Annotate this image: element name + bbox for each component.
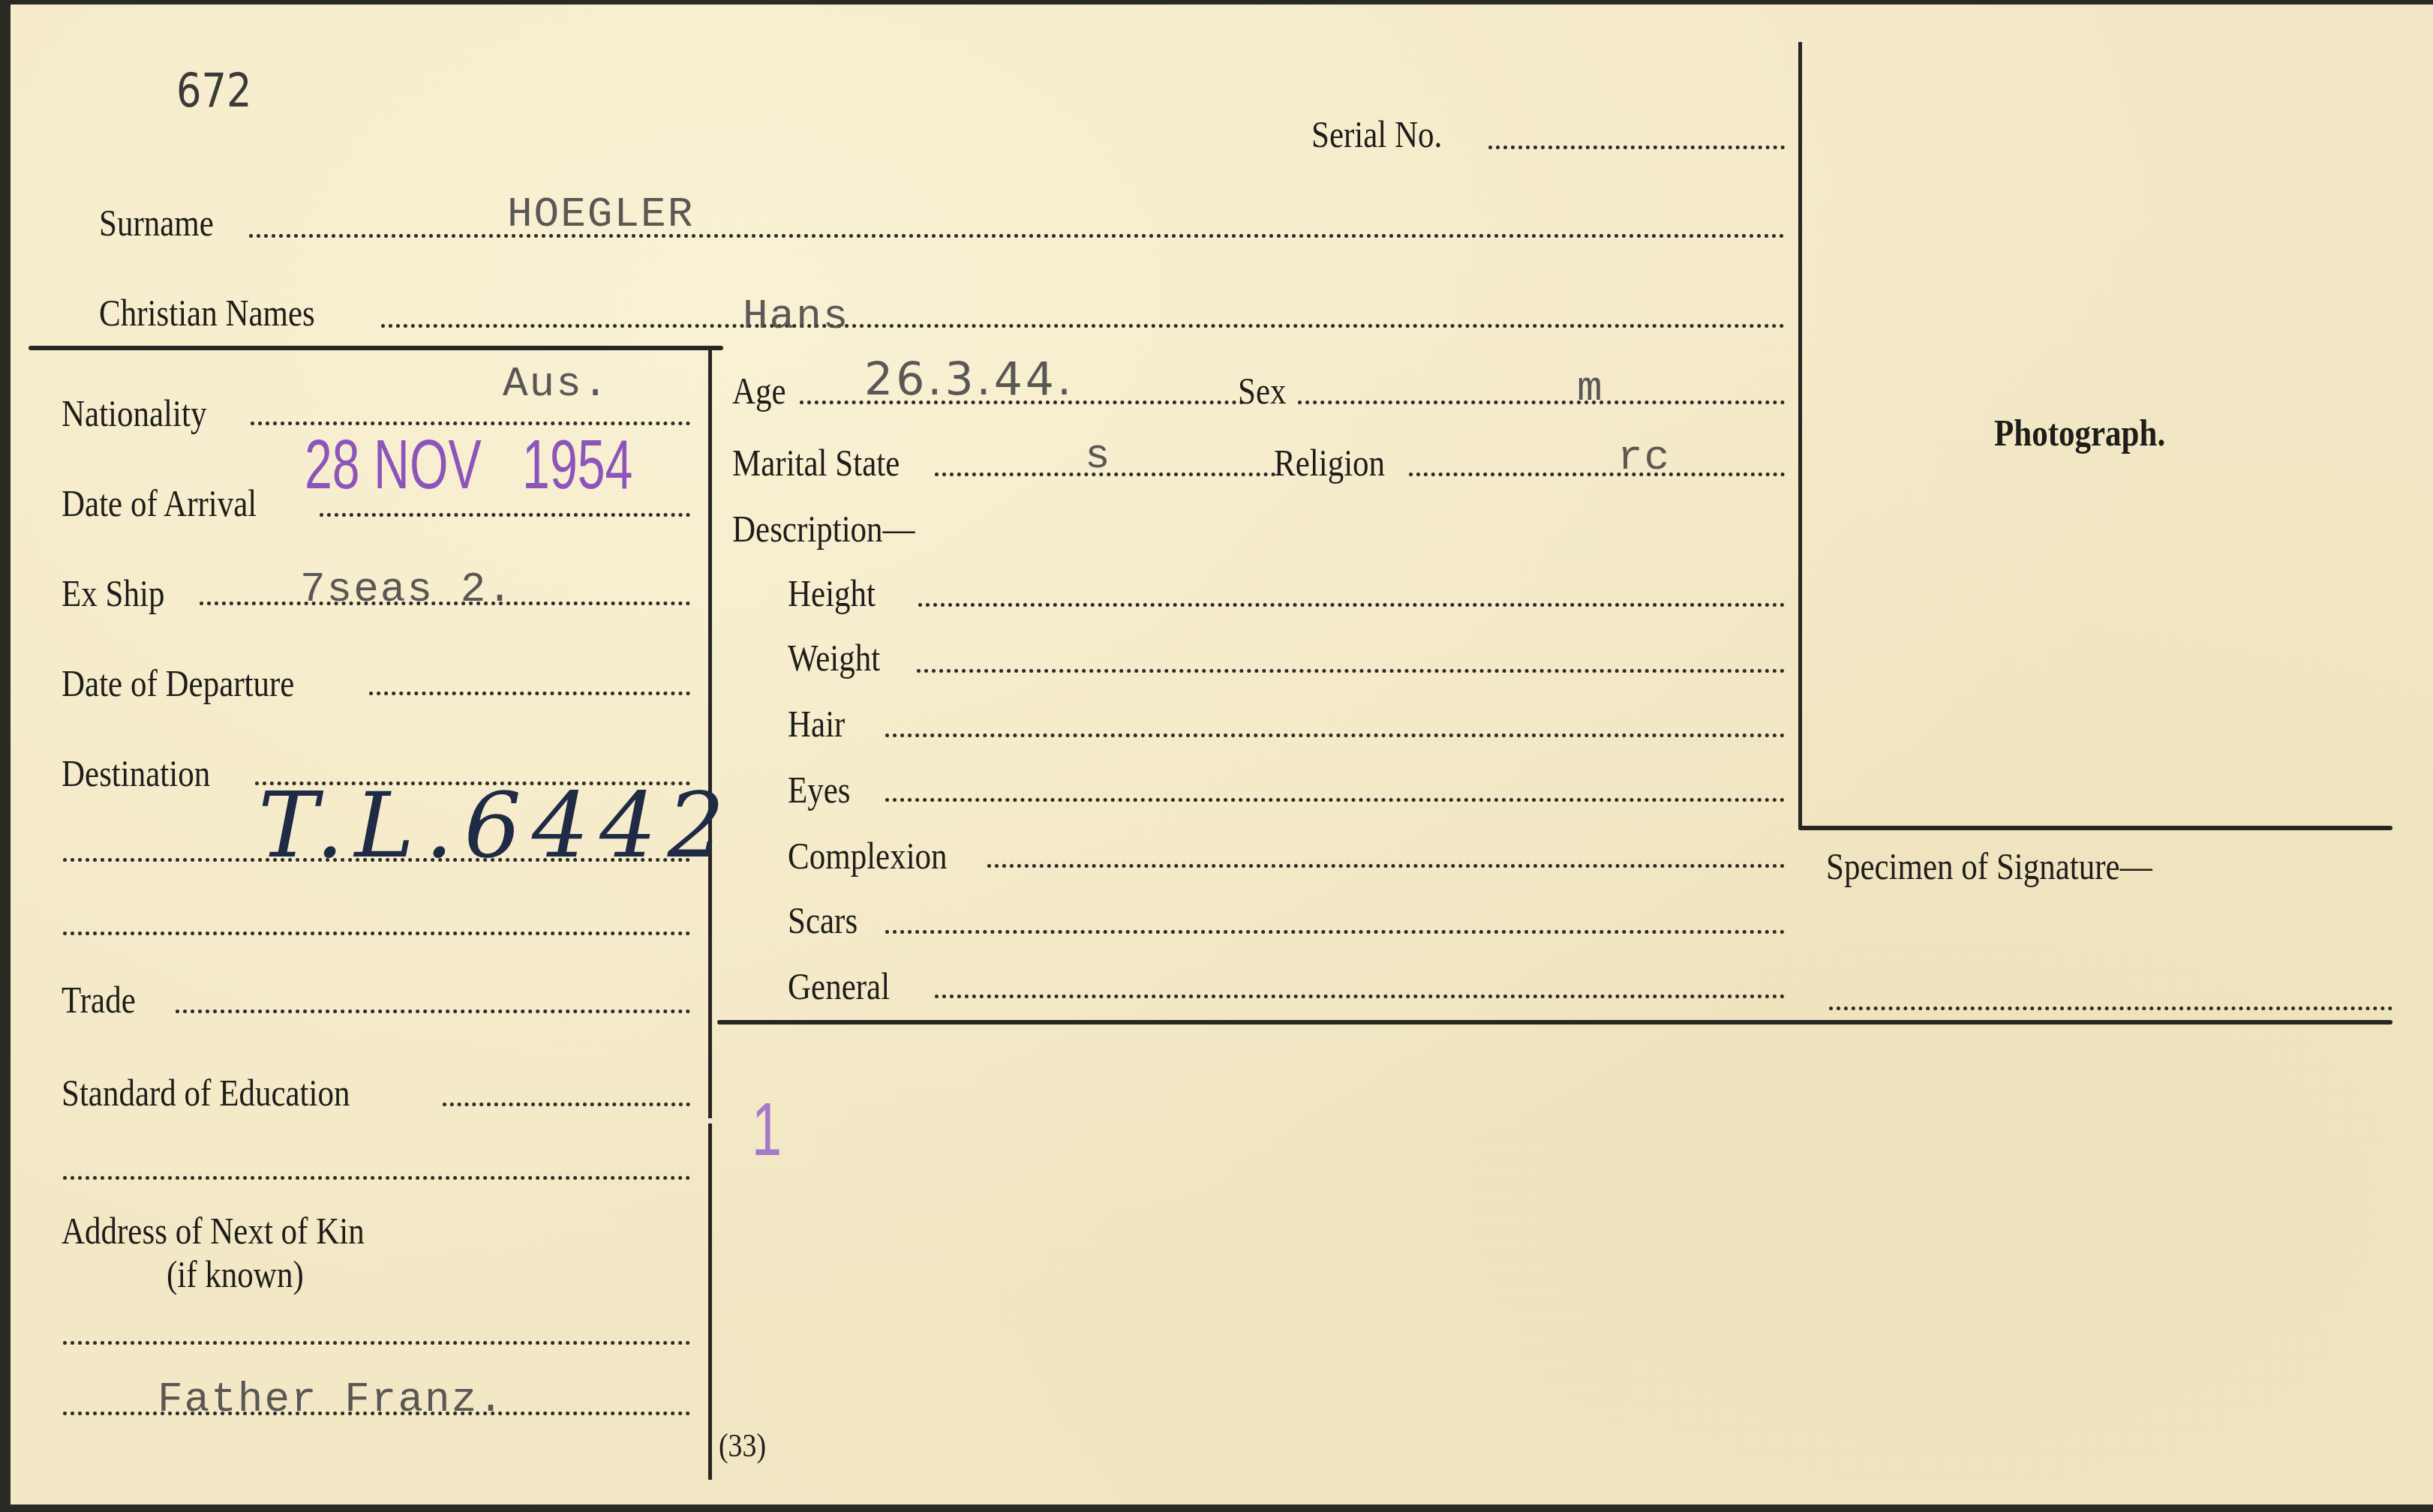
arrival-date-stamp: 28 NOV 1954 [305,430,632,499]
standard-of-education-field-line-2[interactable] [63,1176,690,1180]
serial-no-field[interactable] [1488,145,1785,149]
next-of-kin-sublabel: (if known) [167,1255,304,1293]
surname-value: HOEGLER [507,193,694,235]
general-label: General [788,967,890,1005]
scars-field[interactable] [885,930,1785,934]
surname-field[interactable] [249,234,1785,238]
christian-names-value: Hans [743,295,849,337]
age-value: 26.3.44. [864,357,1074,402]
nationality-field[interactable] [251,421,690,425]
description-label: Description— [732,510,915,547]
ex-ship-label: Ex Ship [62,574,164,612]
christian-names-field[interactable] [381,324,1785,328]
trade-field[interactable] [176,1009,690,1013]
date-of-departure-label: Date of Departure [62,664,294,702]
next-of-kin-label: Address of Next of Kin [62,1212,365,1249]
sex-field[interactable] [1298,400,1785,404]
marital-state-value: s [1085,435,1112,477]
left-panel-top-rule [29,346,723,350]
complexion-field[interactable] [987,864,1785,868]
date-of-arrival-label: Date of Arrival [62,484,257,522]
scars-label: Scars [788,901,858,939]
ex-ship-value: 7seas 2. [300,568,514,610]
left-panel-divider-lower [708,1123,712,1480]
religion-field[interactable] [1409,472,1785,476]
marital-state-label: Marital State [732,444,900,481]
date-of-arrival-field[interactable] [320,513,690,517]
standard-of-education-field[interactable] [443,1102,690,1106]
photo-box-bottom-rule [1798,826,2392,830]
nationality-value: Aus. [503,363,609,405]
card-number: 672 [176,67,252,114]
destination-label: Destination [62,754,210,792]
next-of-kin-field-line-1[interactable] [63,1341,690,1345]
stamp-day: 28 [305,427,360,503]
sex-value: m [1577,367,1604,409]
next-of-kin-value: Father Franz. [158,1378,505,1420]
hair-label: Hair [788,705,845,742]
sex-label: Sex [1238,372,1287,409]
destination-field-line-2[interactable] [63,858,690,862]
registration-card: 672 Serial No. Surname HOEGLER Christian… [11,4,2433,1504]
height-label: Height [788,574,876,612]
nationality-label: Nationality [62,394,206,432]
hair-field[interactable] [885,733,1785,737]
destination-field-line-3[interactable] [63,931,690,935]
signature-field[interactable] [1829,1006,2392,1010]
surname-label: Surname [99,204,214,241]
date-of-departure-field[interactable] [369,691,690,695]
description-bottom-rule [717,1020,2392,1024]
stamp-month: NOV [374,427,482,503]
complexion-label: Complexion [788,837,948,874]
weight-field[interactable] [917,669,1785,673]
standard-of-education-label: Standard of Education [62,1074,350,1111]
signature-label: Specimen of Signature— [1826,847,2152,885]
height-field[interactable] [918,603,1785,607]
religion-value: rc [1617,436,1671,478]
religion-label: Religion [1274,444,1385,481]
eyes-field[interactable] [885,798,1785,802]
print-code: (33) [719,1429,766,1462]
photo-box-divider [1798,42,1802,829]
general-field[interactable] [935,994,1785,998]
christian-names-label: Christian Names [99,294,315,331]
left-panel-divider-upper [708,347,712,1118]
stamp-year: 1954 [522,427,632,503]
photograph-placeholder: Photograph. [1994,414,2165,451]
stamp-mark: 1 [752,1092,782,1167]
serial-no-label: Serial No. [1311,115,1442,153]
trade-label: Trade [62,981,136,1018]
age-label: Age [732,372,786,409]
eyes-label: Eyes [788,771,851,808]
weight-label: Weight [788,639,880,676]
